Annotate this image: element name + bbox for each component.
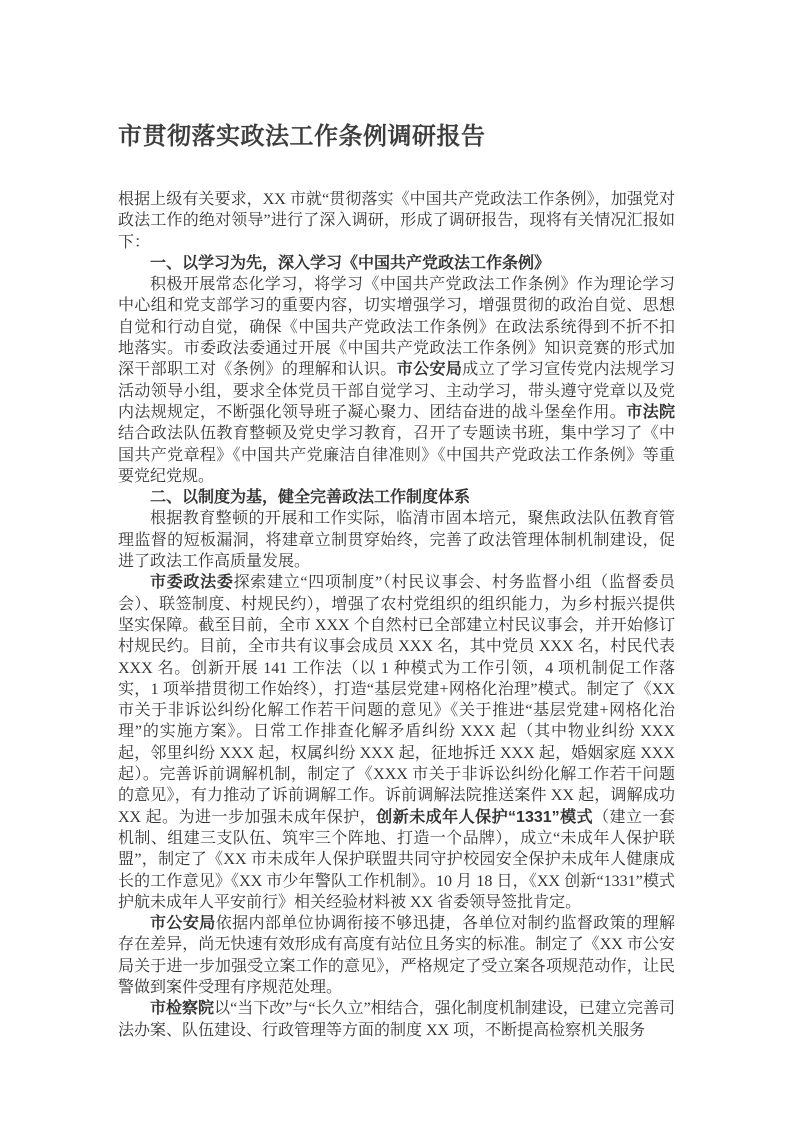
section-heading: 二、以制度为基，健全完善政法工作制度体系 [118,487,675,508]
bold-text-run: 创新未成年人保护“1331”模式 [376,809,593,826]
text-run: 结合政法队伍教育整顿及党史学习教育，召开了专题读书班，集中学习了《中国共产党章程… [118,425,675,485]
text-run: 根据上级有关要求，XX 市就“贯彻落实《中国共产党政法工作条例》，加强党对政法工… [118,191,675,251]
bold-text-run: 市委政法委 [150,574,234,591]
bold-text-run: 一、以学习为先，深入学习《中国共产党政法工作条例》 [150,255,550,272]
document-page: 市贯彻落实政法工作条例调研报告 根据上级有关要求，XX 市就“贯彻落实《中国共产… [0,0,793,1122]
document-content: 市贯彻落实政法工作条例调研报告 根据上级有关要求，XX 市就“贯彻落实《中国共产… [118,121,675,1041]
paragraph: 市检察院以“当下改”与“长久立”相结合，强化制度机制建设，已建立完善司法办案、队… [118,998,675,1041]
bold-text-run: 市法院 [626,404,675,421]
bold-text-run: 市公安局 [397,361,463,378]
section-heading: 一、以学习为先，深入学习《中国共产党政法工作条例》 [118,253,675,274]
bold-text-run: 二、以制度为基，健全完善政法工作制度体系 [150,489,470,506]
paragraph: 市委政法委探索建立“四项制度”（村民议事会、村务监督小组（监督委员会）、联签制度… [118,572,675,913]
paragraph: 根据教育整顿的开展和工作实际，临清市固本培元，聚焦政法队伍教育管理监督的短板漏洞… [118,508,675,572]
bold-text-run: 市公安局 [150,915,216,932]
document-title: 市贯彻落实政法工作条例调研报告 [118,121,675,153]
text-run: 根据教育整顿的开展和工作实际，临清市固本培元，聚焦政法队伍教育管理监督的短板漏洞… [118,510,675,570]
paragraph: 市公安局依据内部单位协调衔接不够迅捷，各单位对制约监督政策的理解存在差异，尚无快… [118,913,675,998]
text-run: 探索建立“四项制度”（村民议事会、村务监督小组（监督委员会）、联签制度、村规民约… [118,574,675,825]
document-body: 根据上级有关要求，XX 市就“贯彻落实《中国共产党政法工作条例》，加强党对政法工… [118,189,675,1041]
paragraph: 积极开展常态化学习，将学习《中国共产党政法工作条例》作为理论学习中心组和党支部学… [118,274,675,487]
paragraph: 根据上级有关要求，XX 市就“贯彻落实《中国共产党政法工作条例》，加强党对政法工… [118,189,675,253]
bold-text-run: 市检察院 [150,1000,214,1017]
